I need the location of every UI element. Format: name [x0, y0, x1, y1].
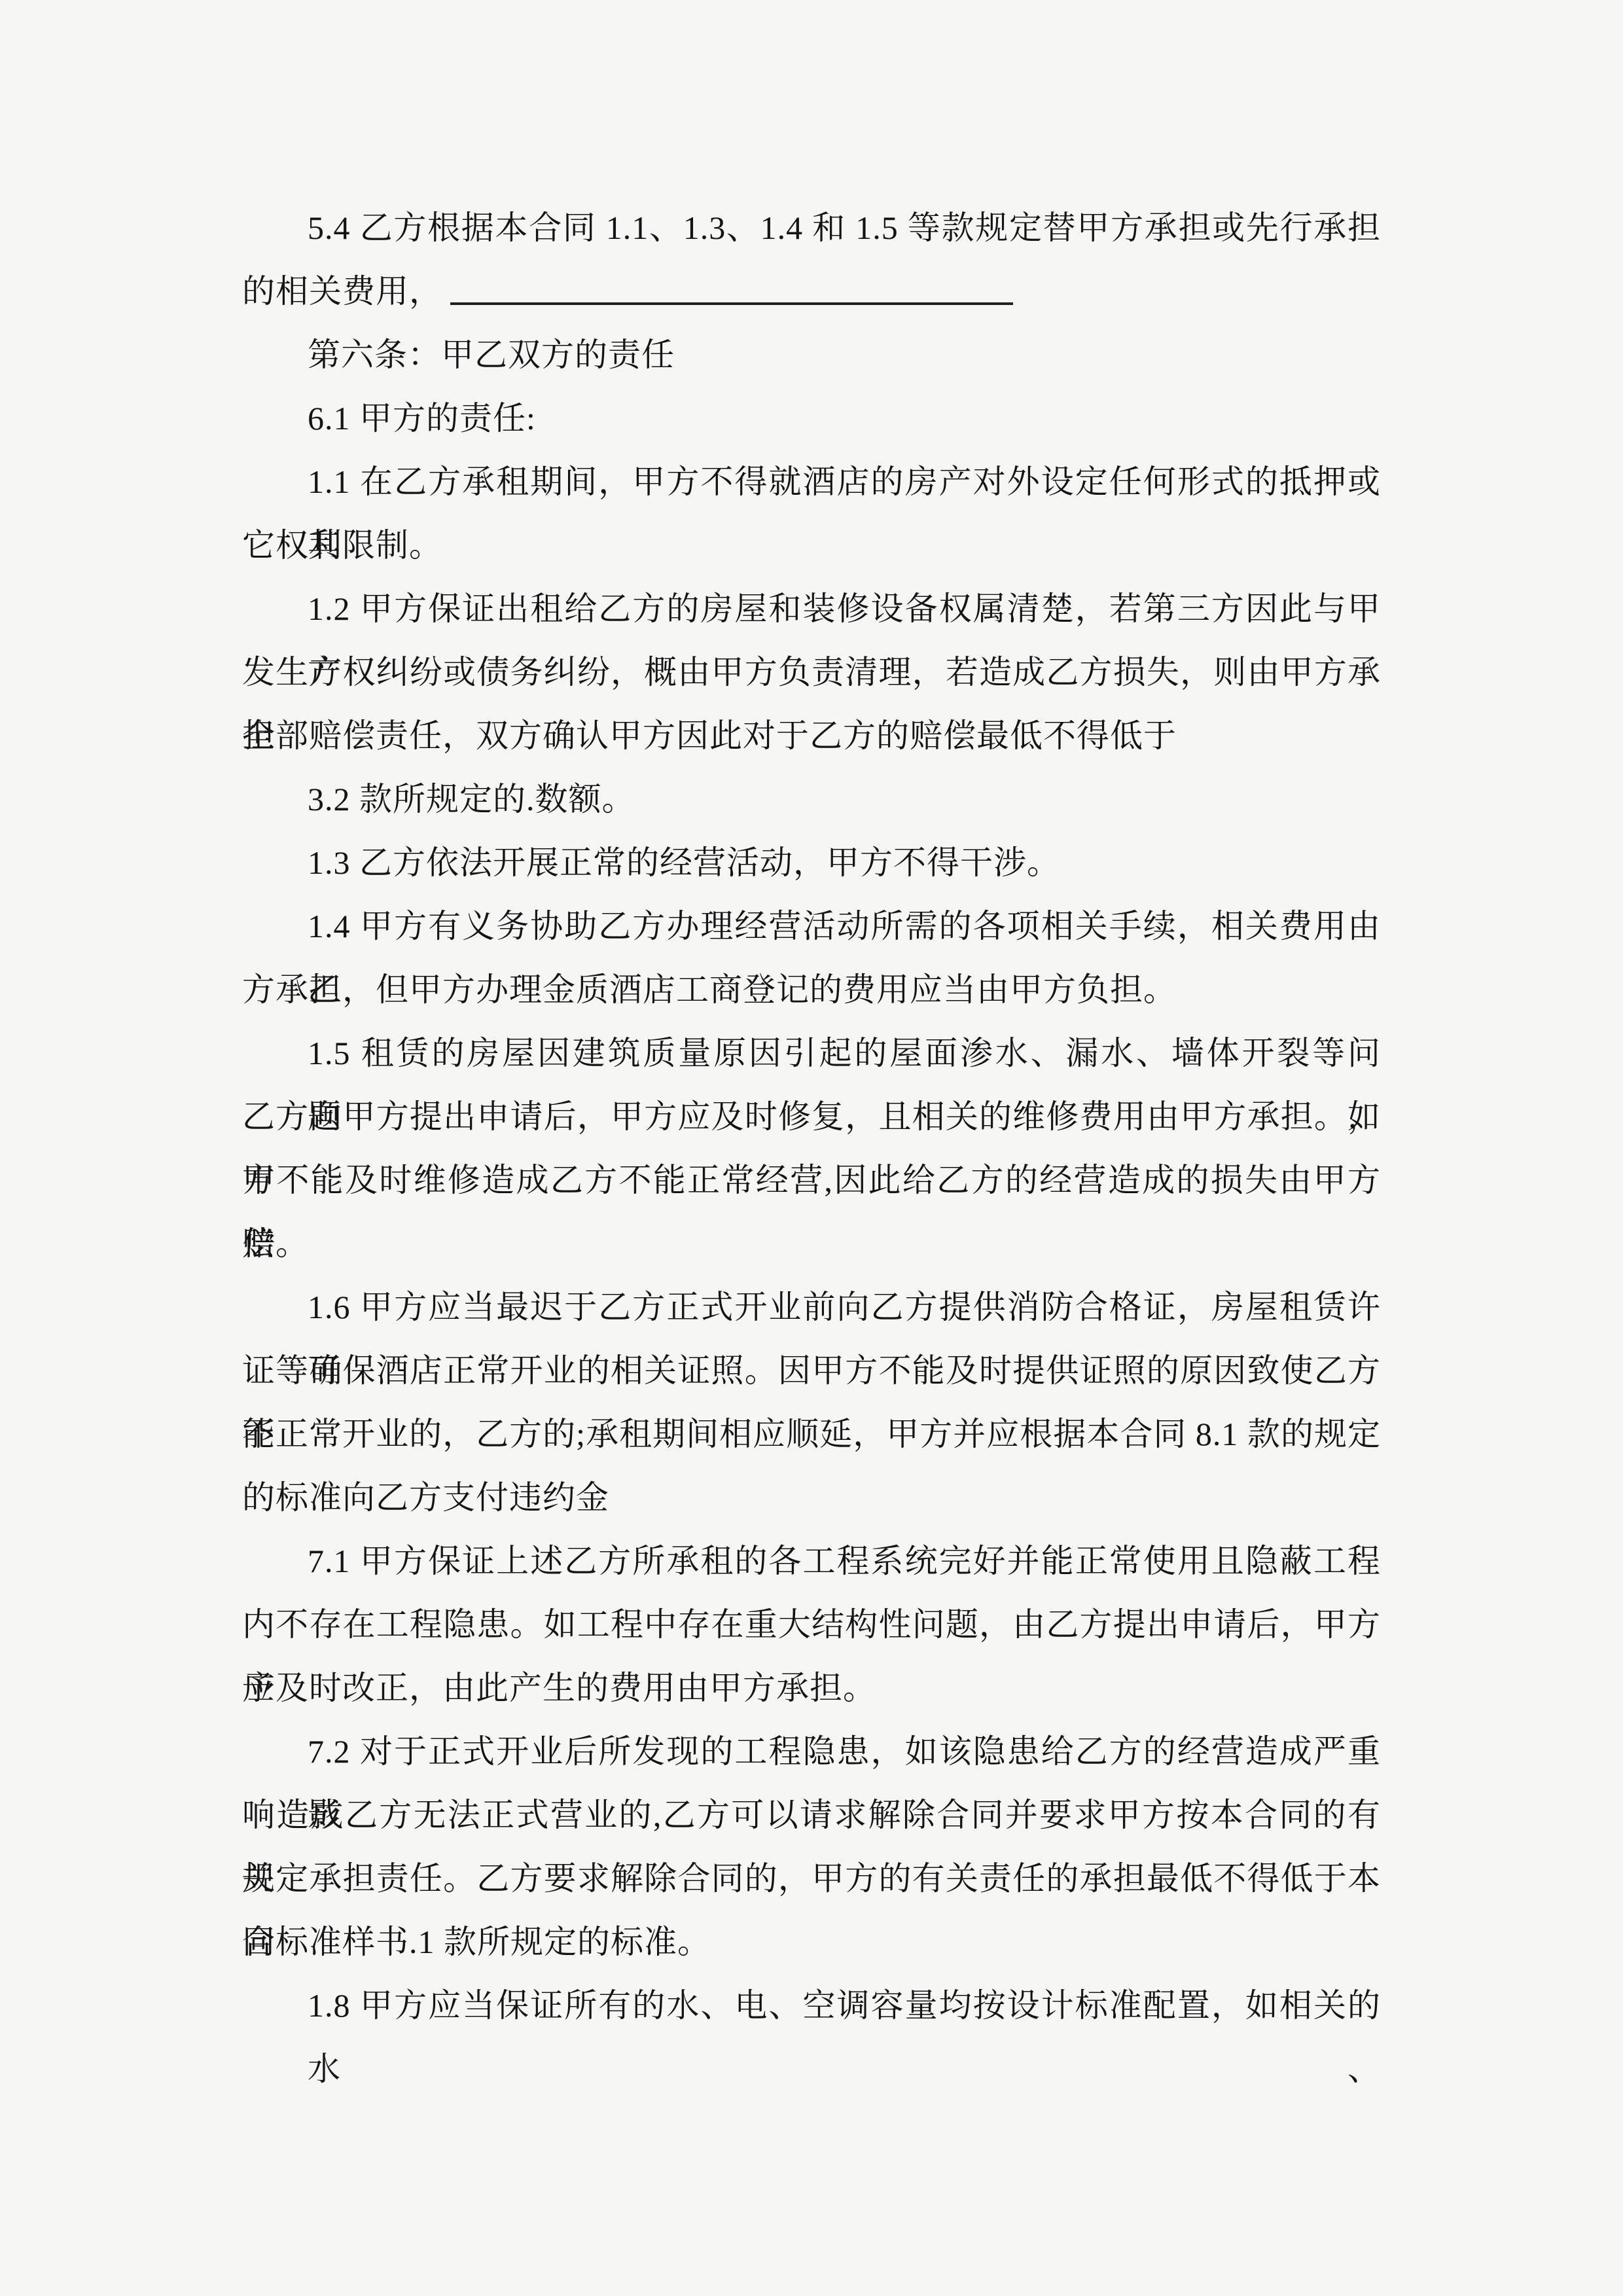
contract-text-block: 5.4 乙方根据本合同 1.1、1.3、1.4 和 1.5 等款规定替甲方承担或… [242, 196, 1381, 2037]
contract-line: 同标准样书.1 款所规定的标准。 [242, 1910, 1381, 1974]
contract-line: 5.4 乙方根据本合同 1.1、1.3、1.4 和 1.5 等款规定替甲方承担或… [242, 196, 1381, 260]
contract-line: 乙方向甲方提出申请后，甲方应及时修复，且相关的维修费用由甲方承担。如甲 [242, 1085, 1381, 1149]
clause-heading: 6.1 甲方的责任: [242, 387, 1381, 450]
contract-line: 证等确保酒店正常开业的相关证照。因甲方不能及时提供证照的原因致使乙方不 [242, 1339, 1381, 1403]
contract-line: 偿。 [242, 1212, 1381, 1276]
contract-line: 的标准向乙方支付违约金 [242, 1466, 1381, 1530]
contract-line: 能正常开业的，乙方的;承租期间相应顺延，甲方并应根据本合同 8.1 款的规定 [242, 1403, 1381, 1466]
contract-line: 7.1 甲方保证上述乙方所承租的各工程系统完好并能正常使用且隐蔽工程 [242, 1530, 1381, 1593]
contract-line: 1.4 甲方有义务协助乙方办理经营活动所需的各项相关手续，相关费用由乙 [242, 895, 1381, 958]
contract-line: 发生产权纠纷或债务纠纷，概由甲方负责清理，若造成乙方损失，则由甲方承担 [242, 641, 1381, 704]
contract-line: 的相关费用， [242, 260, 1381, 323]
contract-line: 方承担，但甲方办理金质酒店工商登记的费用应当由甲方负担。 [242, 958, 1381, 1022]
contract-line: 1.3 乙方依法开展正常的经营活动，甲方不得干涉。 [242, 831, 1381, 895]
contract-line: 它权利限制。 [242, 514, 1381, 577]
contract-line: 予及时改正，由此产生的费用由甲方承担。 [242, 1657, 1381, 1720]
line-text: 的相关费用， [242, 273, 442, 310]
contract-line: 响造成乙方无法正式营业的,乙方可以请求解除合同并要求甲方按本合同的有关 [242, 1784, 1381, 1847]
contract-line: 1.6 甲方应当最迟于乙方正式开业前向乙方提供消防合格证，房屋租赁许可 [242, 1276, 1381, 1339]
section-heading: 第六条：甲乙双方的责任 [242, 323, 1381, 387]
contract-line: 3.2 款所规定的.数额。 [242, 768, 1381, 831]
contract-line: 7.2 对于正式开业后所发现的工程隐患，如该隐患给乙方的经营造成严重影 [242, 1720, 1381, 1784]
contract-line: 规定承担责任。乙方要求解除合同的，甲方的有关责任的承担最低不得低于本合 [242, 1847, 1381, 1910]
contract-line: 内不存在工程隐患。如工程中存在重大结构性问题，由乙方提出申请后，甲方应 [242, 1593, 1381, 1657]
fill-in-blank-line [450, 296, 1013, 305]
contract-page: 5.4 乙方根据本合同 1.1、1.3、1.4 和 1.5 等款规定替甲方承担或… [0, 0, 1623, 2296]
contract-line: 1.8 甲方应当保证所有的水、电、空调容量均按设计标准配置，如相关的水、 [242, 1974, 1381, 2037]
contract-line: 1.5 租赁的房屋因建筑质量原因引起的屋面渗水、漏水、墙体开裂等问题， [242, 1022, 1381, 1085]
contract-line: 全部赔偿责任，双方确认甲方因此对于乙方的赔偿最低不得低于 [242, 704, 1381, 768]
contract-line: 1.1 在乙方承租期间，甲方不得就酒店的房产对外设定任何形式的抵押或其 [242, 450, 1381, 514]
contract-line: 方不能及时维修造成乙方不能正常经营,因此给乙方的经营造成的损失由甲方赔 [242, 1149, 1381, 1212]
contract-line: 1.2 甲方保证出租给乙方的房屋和装修设备权属清楚，若第三方因此与甲方 [242, 577, 1381, 641]
